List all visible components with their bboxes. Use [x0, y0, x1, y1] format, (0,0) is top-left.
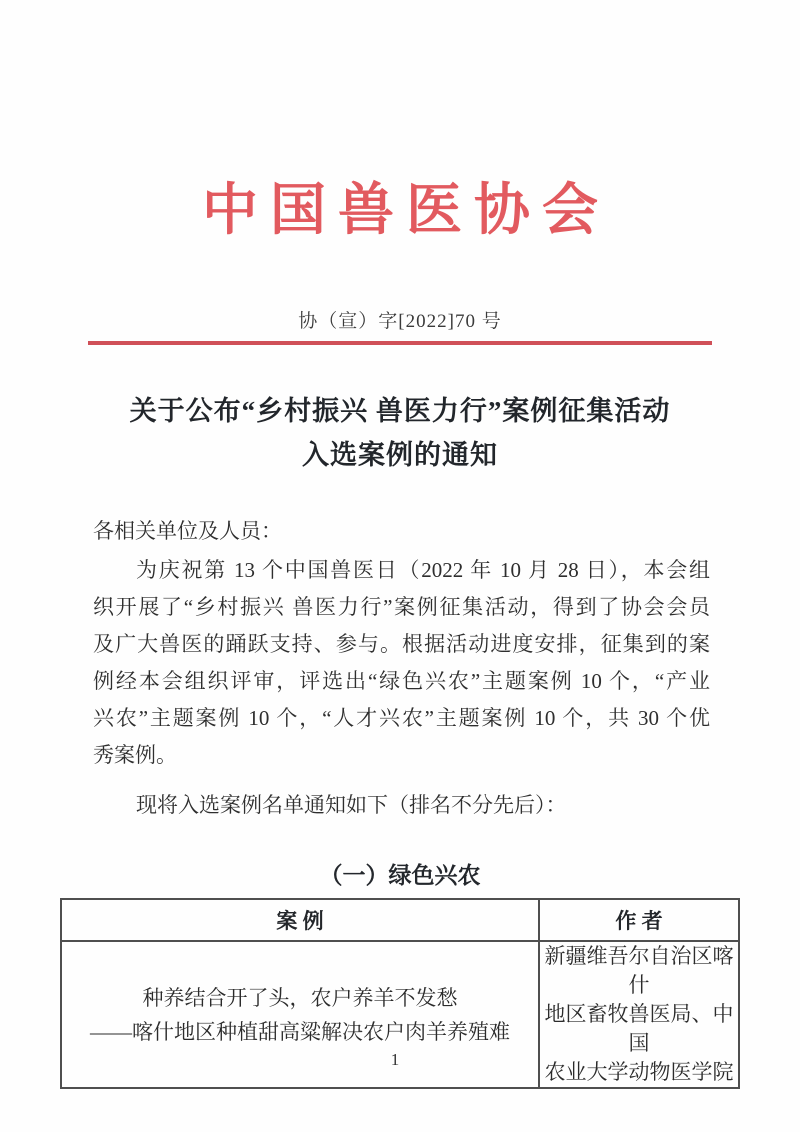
column-header-author: 作 者 [539, 899, 739, 941]
paragraph-1-line: 织开展了“乡村振兴 兽医力行”案例征集活动，得到了协会会员 [93, 589, 710, 626]
document-body: 各相关单位及人员： 为庆祝第 13 个中国兽医日（2022 年 10 月 28 … [0, 513, 800, 824]
doc-number: 协（宣）字[2022]70 号 [0, 310, 800, 334]
paragraph-1-line: 为庆祝第 13 个中国兽医日（2022 年 10 月 28 日），本会组 [93, 552, 710, 589]
table-header-row: 案 例 作 者 [61, 899, 739, 941]
paragraph-1-line: 及广大兽医的踊跃支持、参与。根据活动进度安排，征集到的案 [93, 626, 710, 663]
document-title: 关于公布“乡村振兴 兽医力行”案例征集活动 入选案例的通知 [0, 389, 800, 477]
paragraph-1-line: 例经本会组织评审，评选出“绿色兴农”主题案例 10 个，“产业 [93, 663, 710, 700]
page-number: 1 [0, 1050, 790, 1070]
red-divider-rule [88, 341, 712, 345]
case-subtitle-line: ——喀什地区种植甜高粱解决农户肉羊养殖难 [62, 1015, 538, 1049]
paragraph-1-line: 秀案例。 [93, 737, 710, 774]
case-title-line: 种养结合开了头，农户养羊不发愁 [62, 981, 538, 1015]
document-title-line-2: 入选案例的通知 [0, 433, 800, 477]
paragraph-2: 现将入选案例名单通知如下（排名不分先后）： [93, 787, 710, 824]
salutation: 各相关单位及人员： [93, 513, 710, 550]
column-header-case: 案 例 [61, 899, 539, 941]
document-page: 中国兽医协会 协（宣）字[2022]70 号 关于公布“乡村振兴 兽医力行”案例… [0, 0, 800, 1132]
document-title-line-1: 关于公布“乡村振兴 兽医力行”案例征集活动 [0, 389, 800, 433]
paragraph-1-line: 兴农”主题案例 10 个，“人才兴农”主题案例 10 个，共 30 个优 [93, 700, 710, 737]
section-heading-green-agriculture: （一）绿色兴农 [0, 858, 800, 892]
org-title: 中国兽医协会 [0, 0, 800, 240]
author-line: 新疆维吾尔自治区喀什 [540, 942, 738, 1000]
paragraph-1: 为庆祝第 13 个中国兽医日（2022 年 10 月 28 日），本会组 织开展… [93, 552, 710, 774]
paragraph-2-line: 现将入选案例名单通知如下（排名不分先后）： [93, 787, 710, 824]
